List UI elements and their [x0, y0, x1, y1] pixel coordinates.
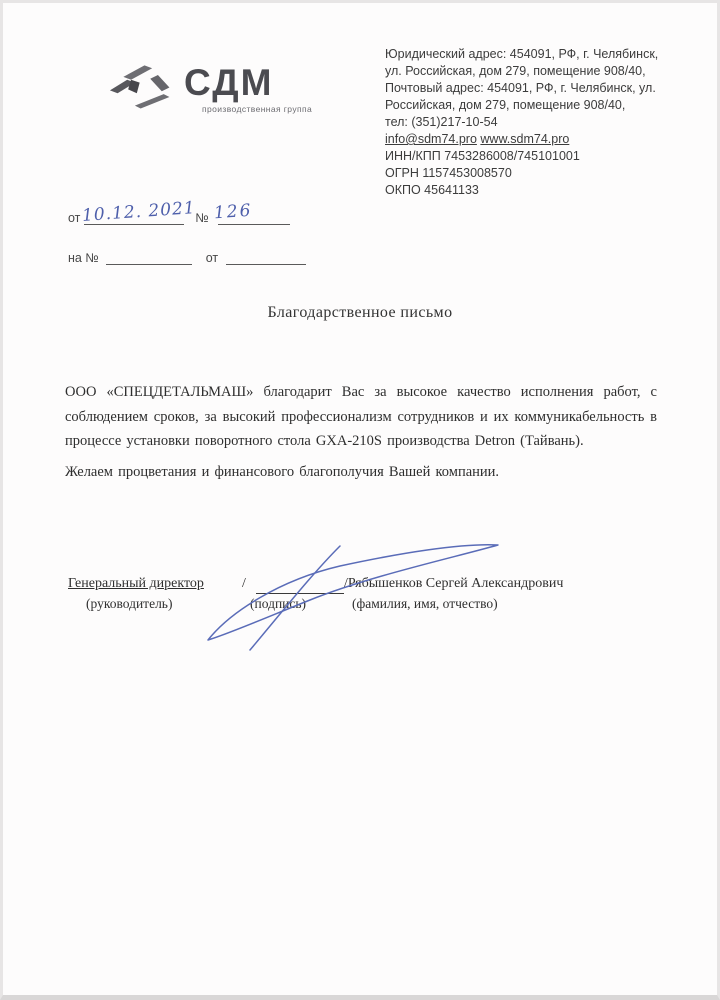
signer-name-note: (фамилия, имя, отчество) [352, 596, 498, 612]
reply-date-blank-line [226, 250, 306, 265]
handwritten-number: 126 [213, 201, 253, 224]
number-label: № [195, 211, 208, 225]
signer-position: Генеральный директор [68, 576, 204, 592]
email-link[interactable]: info@sdm74.pro [385, 132, 477, 146]
incoming-reference-row: на № от [68, 250, 306, 265]
logo-company-name: СДМ [184, 64, 273, 101]
signature-slash: / [242, 576, 246, 592]
company-logo: СДМ производственная группа [108, 58, 318, 120]
logo-tagline: производственная группа [202, 104, 312, 114]
okpo-line: ОКПО 45641133 [385, 182, 677, 199]
ogrn-line: ОГРН 1157453008570 [385, 165, 677, 182]
postal-address-line: Почтовый адрес: 454091, РФ, г. Челябинск… [385, 80, 677, 97]
reply-to-label: на № [68, 251, 99, 265]
legal-address-line: Юридический адрес: 454091, РФ, г. Челяби… [385, 46, 677, 63]
inn-kpp-line: ИНН/КПП 7453286008/745101001 [385, 148, 677, 165]
letterhead-requisites: Юридический адрес: 454091, РФ, г. Челяби… [385, 46, 677, 199]
signer-name: /Рябышенков Сергей Александрович [344, 576, 563, 592]
signature-note: (подпись) [250, 596, 306, 612]
links-line: info@sdm74.pro www.sdm74.pro [385, 131, 677, 148]
website-link[interactable]: www.sdm74.pro [480, 132, 569, 146]
sdm-logo-icon [108, 58, 180, 114]
signature-block: Генеральный директор (руководитель) / /Р… [0, 576, 720, 622]
legal-address-line: ул. Российская, дом 279, помещение 908/4… [385, 63, 677, 80]
signature-blank-line [256, 579, 344, 594]
body-paragraph-2: Желаем процветания и финансового благопо… [65, 460, 657, 485]
reply-number-blank-line [106, 250, 192, 265]
reply-from-label: от [206, 251, 218, 265]
from-label: от [68, 211, 80, 225]
letter-body: ООО «СПЕЦДЕТАЛЬМАШ» благодарит Вас за вы… [65, 380, 657, 490]
body-paragraph-1: ООО «СПЕЦДЕТАЛЬМАШ» благодарит Вас за вы… [65, 380, 657, 454]
signer-position-note: (руководитель) [86, 596, 172, 612]
document-title: Благодарственное письмо [0, 304, 720, 322]
phone-line: тел: (351)217-10-54 [385, 114, 677, 131]
postal-address-line: Российская, дом 279, помещение 908/40, [385, 97, 677, 114]
